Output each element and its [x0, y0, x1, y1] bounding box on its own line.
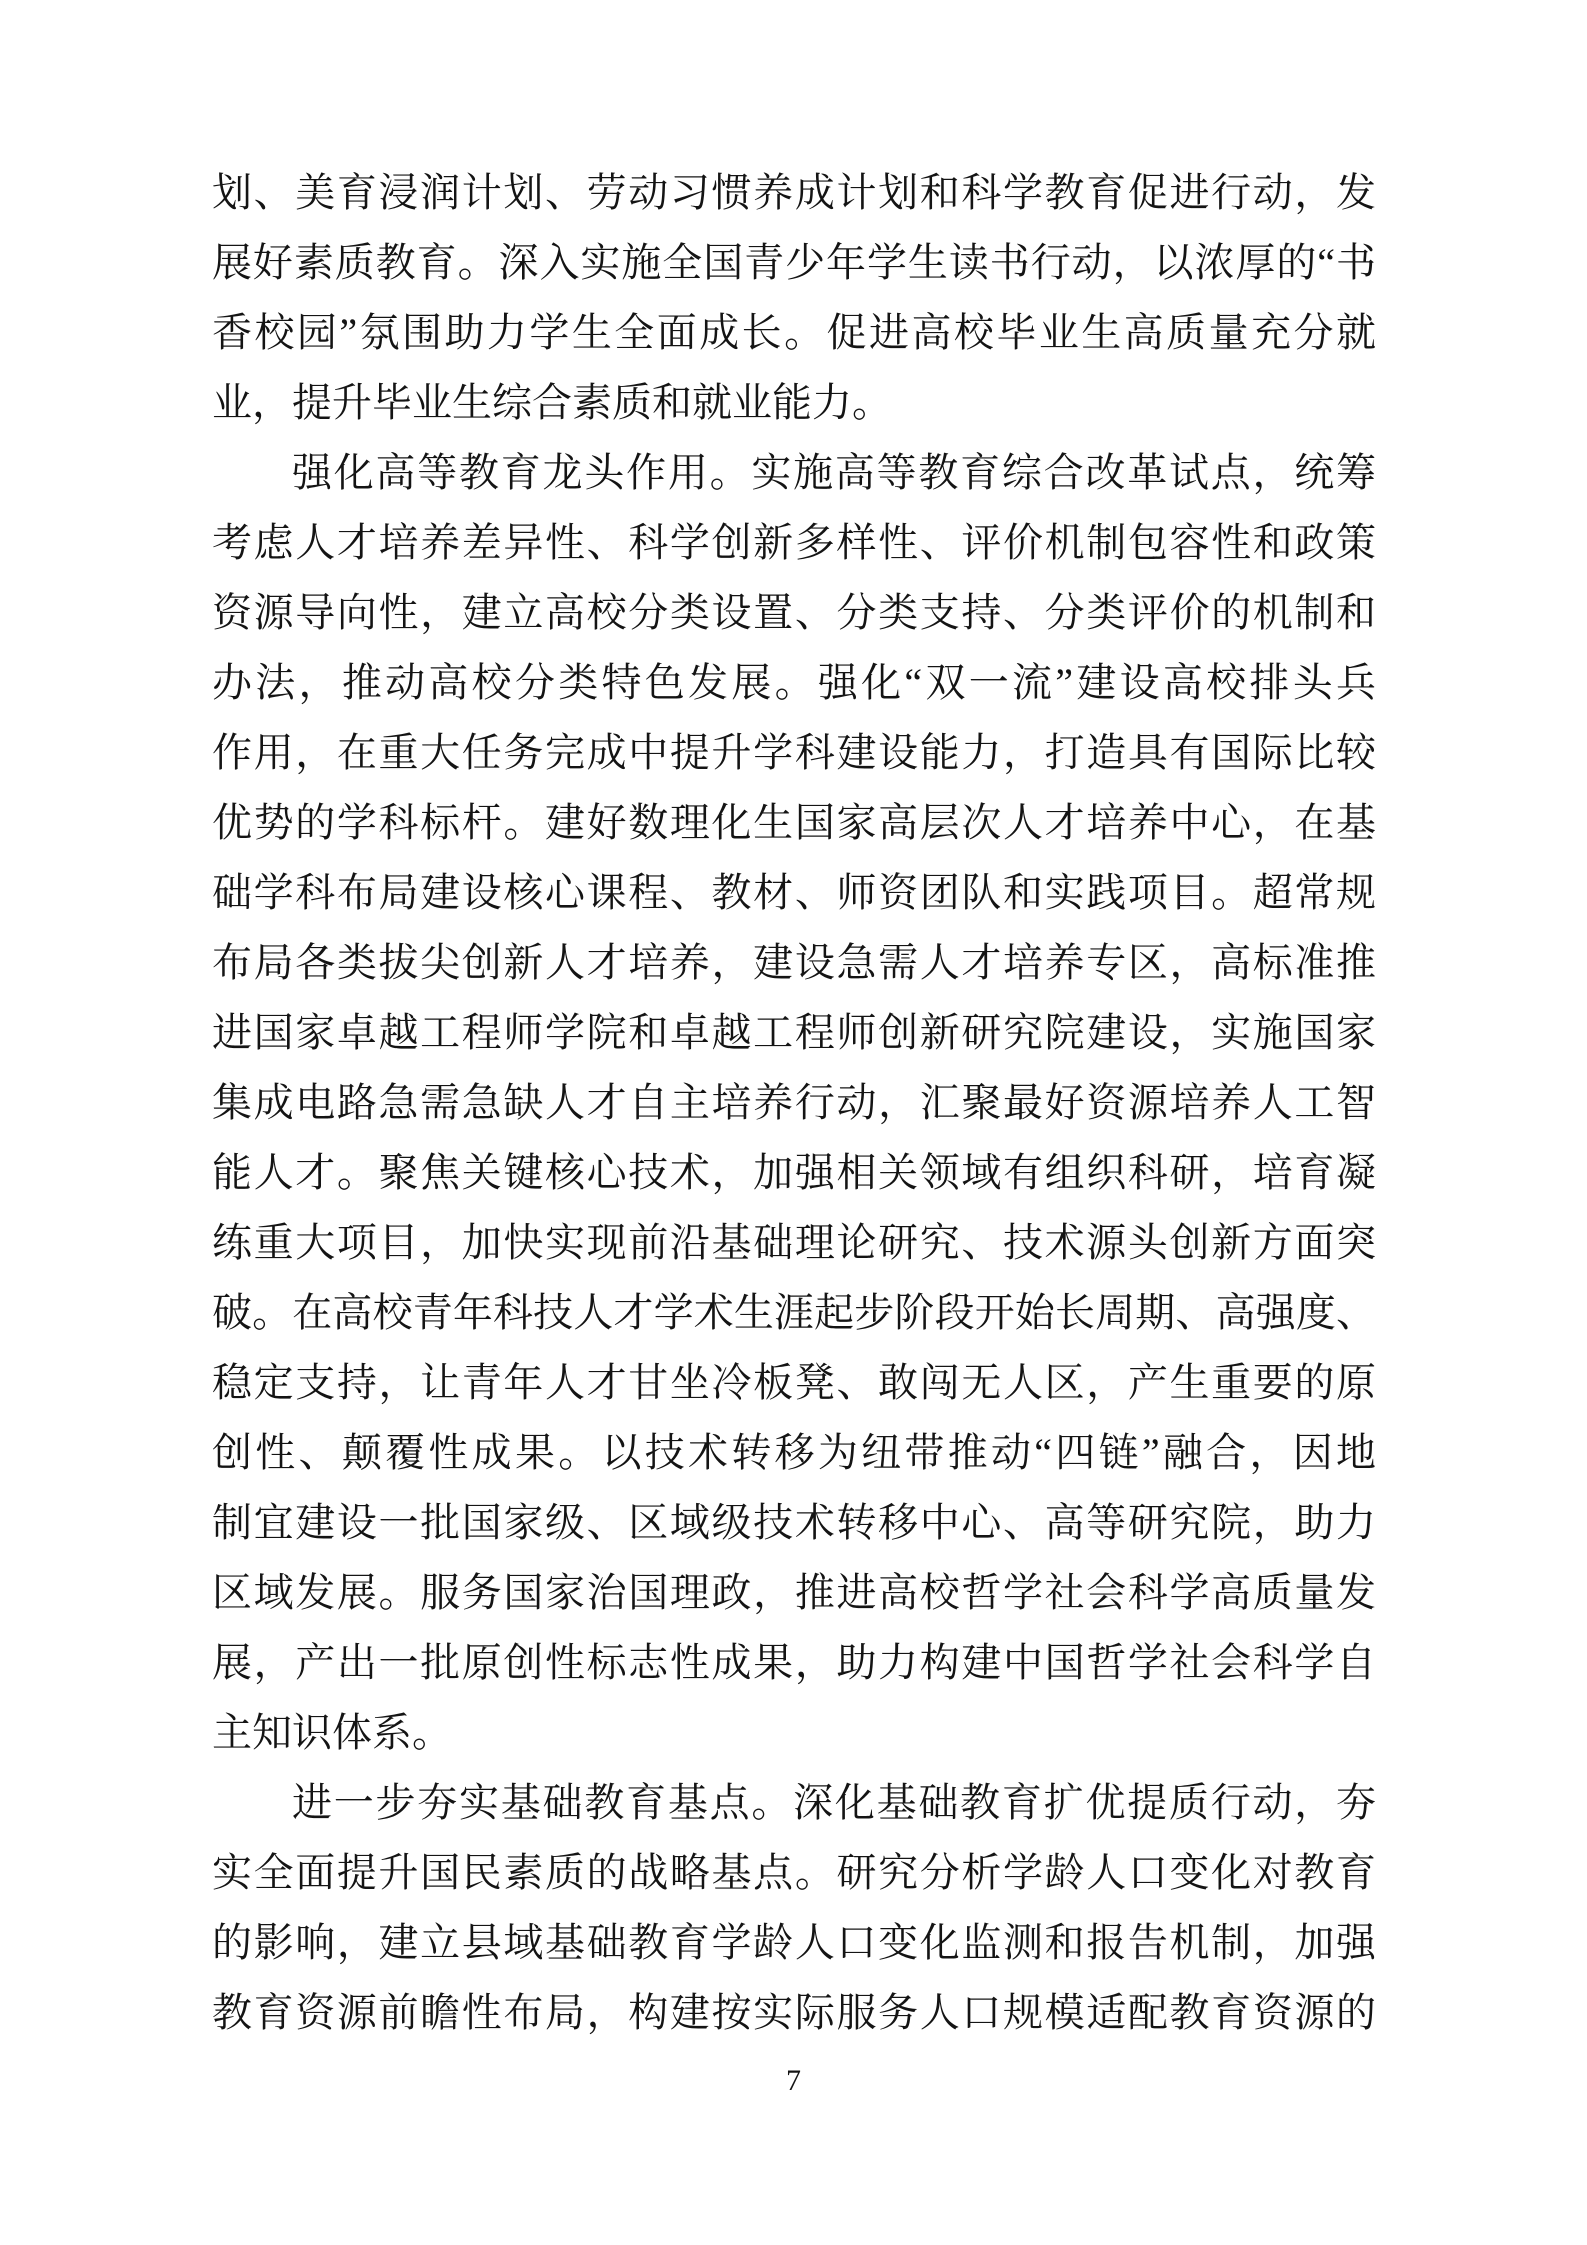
text-line: 强化高等教育龙头作用。实施高等教育综合改革试点，统筹	[212, 438, 1376, 508]
text-line: 作用，在重大任务完成中提升学科建设能力，打造具有国际比较	[212, 718, 1376, 788]
text-line: 业，提升毕业生综合素质和就业能力。	[212, 368, 1376, 438]
text-line: 破。在高校青年科技人才学术生涯起步阶段开始长周期、高强度、	[212, 1278, 1376, 1348]
text-line: 制宜建设一批国家级、区域级技术转移中心、高等研究院，助力	[212, 1488, 1376, 1558]
text-block: 划、美育浸润计划、劳动习惯养成计划和科学教育促进行动，发展好素质教育。深入实施全…	[212, 158, 1376, 2048]
text-line: 进国家卓越工程师学院和卓越工程师创新研究院建设，实施国家	[212, 998, 1376, 1068]
text-line: 集成电路急需急缺人才自主培养行动，汇聚最好资源培养人工智	[212, 1068, 1376, 1138]
text-line: 练重大项目，加快实现前沿基础理论研究、技术源头创新方面突	[212, 1208, 1376, 1278]
text-line: 教育资源前瞻性布局，构建按实际服务人口规模适配教育资源的	[212, 1978, 1376, 2048]
text-line: 的影响，建立县域基础教育学龄人口变化监测和报告机制，加强	[212, 1908, 1376, 1978]
document-page: 划、美育浸润计划、劳动习惯养成计划和科学教育促进行动，发展好素质教育。深入实施全…	[0, 0, 1587, 2245]
text-line: 区域发展。服务国家治国理政，推进高校哲学社会科学高质量发	[212, 1558, 1376, 1628]
text-line: 划、美育浸润计划、劳动习惯养成计划和科学教育促进行动，发	[212, 158, 1376, 228]
text-line: 创性、颠覆性成果。以技术转移为纽带推动“四链”融合，因地	[212, 1418, 1376, 1488]
text-line: 展，产出一批原创性标志性成果，助力构建中国哲学社会科学自	[212, 1628, 1376, 1698]
text-line: 展好素质教育。深入实施全国青少年学生读书行动，以浓厚的“书	[212, 228, 1376, 298]
text-line: 优势的学科标杆。建好数理化生国家高层次人才培养中心，在基	[212, 788, 1376, 858]
text-line: 考虑人才培养差异性、科学创新多样性、评价机制包容性和政策	[212, 508, 1376, 578]
text-line: 础学科布局建设核心课程、教材、师资团队和实践项目。超常规	[212, 858, 1376, 928]
text-line: 进一步夯实基础教育基点。深化基础教育扩优提质行动，夯	[212, 1768, 1376, 1838]
text-line: 资源导向性，建立高校分类设置、分类支持、分类评价的机制和	[212, 578, 1376, 648]
text-line: 实全面提升国民素质的战略基点。研究分析学龄人口变化对教育	[212, 1838, 1376, 1908]
text-line: 能人才。聚焦关键核心技术，加强相关领域有组织科研，培育凝	[212, 1138, 1376, 1208]
text-line: 稳定支持，让青年人才甘坐冷板凳、敢闯无人区，产生重要的原	[212, 1348, 1376, 1418]
text-line: 香校园”氛围助力学生全面成长。促进高校毕业生高质量充分就	[212, 298, 1376, 368]
page-number: 7	[0, 2063, 1587, 2099]
text-line: 布局各类拔尖创新人才培养，建设急需人才培养专区，高标准推	[212, 928, 1376, 998]
text-line: 办法，推动高校分类特色发展。强化“双一流”建设高校排头兵	[212, 648, 1376, 718]
text-line: 主知识体系。	[212, 1698, 1376, 1768]
